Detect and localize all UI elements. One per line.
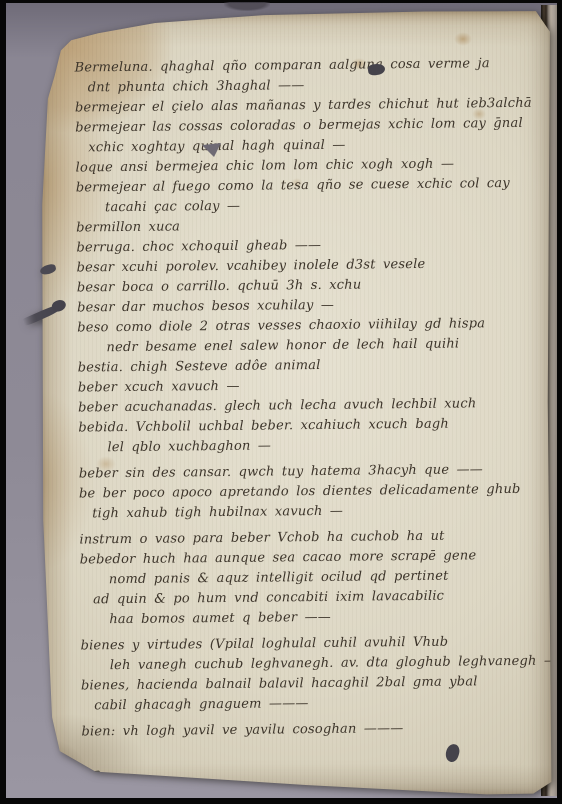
manuscript-page-wrap: Bermeluna. qhaghal qño comparan aalguna …	[36, 8, 554, 796]
backdrop-mat: Bermeluna. qhaghal qño comparan aalguna …	[6, 3, 557, 798]
manuscript-text-line: lel qblo xuchbaghon —	[78, 433, 556, 458]
manuscript-text-line: tigh xahub tigh hubilnax xavuch —	[79, 499, 557, 524]
manuscript-text-line: bien: vh logh yavil ve yavilu cosoghan —…	[81, 717, 559, 742]
corner-curl-shadow	[42, 738, 88, 780]
manuscript-photo: { "colors": { "frame": "#070707", "mat":…	[0, 0, 562, 804]
ink-blot	[444, 742, 462, 763]
manuscript-text-line: haa bomos aumet q beber ——	[80, 605, 558, 630]
stain-spot	[454, 32, 472, 46]
ink-dash-mark	[91, 770, 100, 775]
manuscript-page: Bermeluna. qhaghal qño comparan aalguna …	[36, 8, 554, 796]
manuscript-text-line: cabil ghacagh gnaguem ———	[81, 691, 559, 716]
manuscript-text: Bermeluna. qhaghal qño comparan aalguna …	[74, 54, 559, 743]
